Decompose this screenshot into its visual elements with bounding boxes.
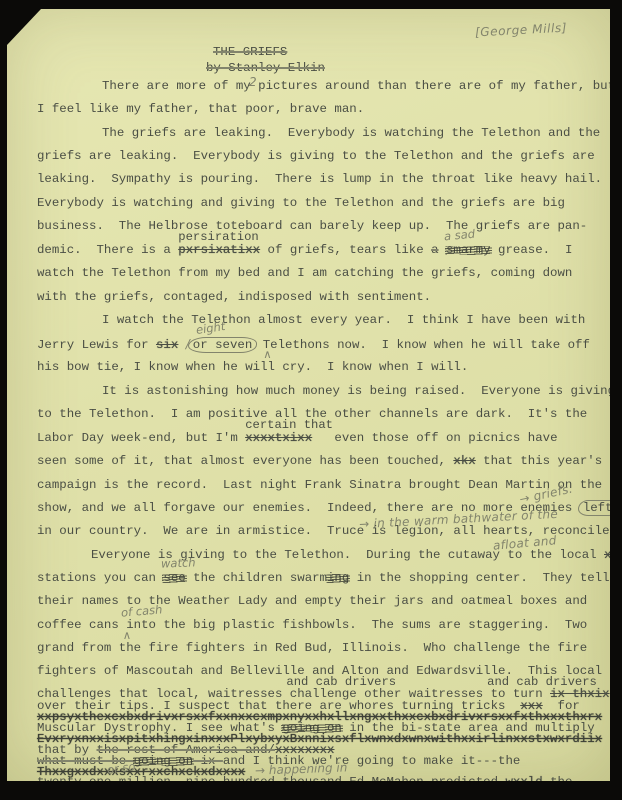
pencil-struck-text: a bbox=[431, 243, 438, 257]
manuscript-line: It is astonishing how much money is bein… bbox=[102, 384, 610, 399]
typed-text: of griefs, tears like bbox=[260, 243, 431, 257]
pencil-struck-text: , nine hundred thousand bbox=[171, 775, 342, 781]
typed-text: the children swarm bbox=[186, 571, 327, 585]
manuscript-line: I watch the Telethon almost every year. … bbox=[102, 313, 585, 328]
manuscript-line: I feel like my father, that poor, brave … bbox=[37, 102, 364, 117]
manuscript-line: business. The Helbrose toteboard can bar… bbox=[37, 219, 587, 234]
typed-text: Ed McMahon predicted bbox=[342, 775, 506, 781]
manuscript-line: There are more of my pictures around tha… bbox=[102, 79, 610, 94]
manuscript-page: THE GRIEFS by Stanley Elkin 2 [George Mi… bbox=[7, 9, 610, 781]
manuscript-line: Labor Day week-end, but I'm certain that… bbox=[37, 431, 558, 446]
pencil-annotation: watch bbox=[161, 555, 196, 571]
pencil-annotation: a sad bbox=[443, 227, 475, 245]
manuscript-line: seen some of it, that almost everyone ha… bbox=[37, 454, 602, 469]
typed-text: grease. I bbox=[491, 243, 573, 257]
typed-text: grand from the fire fighters in Red Bud,… bbox=[37, 641, 587, 655]
typed-text: in the shopping center. They tell bbox=[349, 571, 609, 585]
manuscript-line: Jerry Lewis for six /eightor seven∧ Tele… bbox=[37, 337, 590, 353]
manuscript-line: coffee cansof cash∧ into the big plastic… bbox=[37, 618, 587, 633]
manuscript-line: grand from the fire fighters in Red Bud,… bbox=[37, 641, 587, 656]
scribbled-text: ing bbox=[327, 571, 349, 585]
typed-text: into the big plastic fishbowls. The sums… bbox=[119, 618, 587, 632]
manuscript-byline: by Stanley Elkin bbox=[206, 61, 325, 76]
manuscript-line: campaign is the record. Last night Frank… bbox=[37, 478, 602, 493]
manuscript-line: Everybody is watching and giving to the … bbox=[37, 196, 565, 211]
manuscript-line: watch the Telethon from my bed and I am … bbox=[37, 266, 572, 281]
circled-text: left bbox=[578, 500, 610, 516]
typed-text: Everybody is watching and giving to the … bbox=[37, 196, 565, 210]
manuscript-line: leaking. Sympathy is pouring. There is l… bbox=[37, 172, 602, 187]
manuscript-line: The griefs are leaking. Everybody is wat… bbox=[102, 126, 600, 141]
typed-text: There are more of my pictures around tha… bbox=[102, 79, 610, 93]
typed-text: campaign is the record. Last night Frank… bbox=[37, 478, 602, 492]
manuscript-line: griefs are leaking. Everybody is giving … bbox=[37, 149, 595, 164]
photo-backdrop: THE GRIEFS by Stanley Elkin 2 [George Mi… bbox=[0, 0, 622, 800]
typed-text: seen some of it, that almost everyone ha… bbox=[37, 454, 453, 468]
typed-text: with the griefs, contaged, indisposed wi… bbox=[37, 290, 431, 304]
typed-text: business. The Helbrose toteboard can bar… bbox=[37, 219, 587, 233]
xstruck-text: wxxld bbox=[505, 775, 542, 781]
xstruck-text: xxxxtxixx bbox=[245, 431, 312, 445]
typed-text: even those off on picnics have bbox=[312, 431, 557, 445]
typed-text: coffee cans bbox=[37, 618, 119, 632]
typed-text: I feel like my father, that poor, brave … bbox=[37, 102, 364, 116]
manuscript-line: demic. There is a persirationpxrsixatixx… bbox=[37, 243, 572, 258]
manuscript-line: twenty oneor so∧ million, nine hundred t… bbox=[37, 775, 572, 781]
typed-text: Labor Day week-end, but I'm bbox=[37, 431, 245, 445]
typed-text: demic. There is a bbox=[37, 243, 178, 257]
xstruck-text: xkx bbox=[453, 454, 475, 468]
typed-text: griefs are leaking. Everybody is giving … bbox=[37, 149, 595, 163]
manuscript-line: his bow tie, I know when he will cry. I … bbox=[37, 360, 468, 375]
typed-text: twenty one bbox=[37, 775, 111, 781]
typed-text: I watch the Telethon almost every year. … bbox=[102, 313, 585, 327]
manuscript-line: stations you can watchsee the children s… bbox=[37, 571, 610, 586]
typed-text: Telethons now. I know when he will take … bbox=[255, 338, 590, 352]
xstruck-text: six bbox=[156, 338, 178, 352]
scribbled-text: smarmy bbox=[446, 243, 491, 257]
typed-text bbox=[178, 338, 185, 352]
manuscript-line: with the griefs, contaged, indisposed wi… bbox=[37, 290, 431, 305]
corner-note: [George Mills] bbox=[475, 21, 568, 41]
typed-text: that this year's bbox=[476, 454, 602, 468]
typed-text: his bow tie, I know when he will cry. I … bbox=[37, 360, 468, 374]
typed-text: leaking. Sympathy is pouring. There is l… bbox=[37, 172, 602, 186]
xstruck-text: pxrsixatixx bbox=[178, 243, 260, 257]
typed-text: the bbox=[543, 775, 573, 781]
typed-text: watch the Telethon from my bed and I am … bbox=[37, 266, 572, 280]
scribbled-text: see bbox=[163, 571, 185, 585]
typed-text: stations you can bbox=[37, 571, 163, 585]
typed-text: million bbox=[111, 775, 171, 781]
circled-text: or seven bbox=[188, 337, 258, 353]
xstruck-text: xxxx bbox=[604, 548, 610, 562]
manuscript-title: THE GRIEFS bbox=[213, 45, 287, 60]
typed-text: The griefs are leaking. Everybody is wat… bbox=[102, 126, 600, 140]
typed-text: It is astonishing how much money is bein… bbox=[102, 384, 610, 398]
typed-text: Jerry Lewis for bbox=[37, 338, 156, 352]
pencil-annotation: eight bbox=[195, 319, 226, 338]
